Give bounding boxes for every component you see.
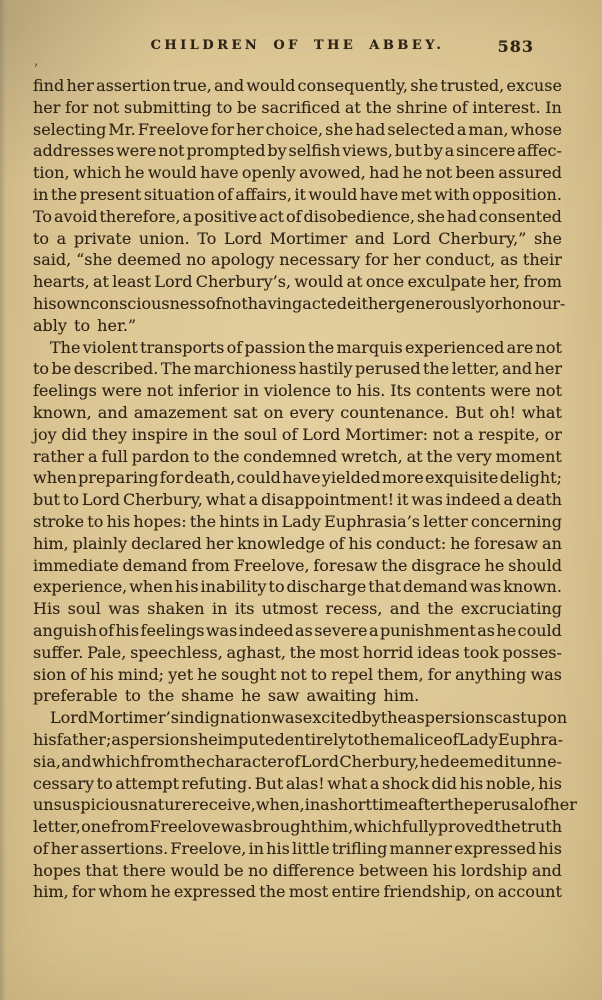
word: his — [433, 861, 457, 880]
word: for — [65, 98, 88, 117]
word: he — [450, 534, 470, 553]
word: in — [305, 795, 320, 814]
word: perusal — [473, 795, 534, 814]
text-line: immediatedemandfromFreelove,foresawthedi… — [33, 556, 562, 578]
word: avowed, — [299, 163, 366, 182]
text-line: sia,andwhichfromthecharacterofLordCherbu… — [33, 752, 562, 774]
word: hopes — [33, 861, 81, 880]
word: Cherbury, — [123, 490, 203, 509]
word: tion, — [33, 163, 70, 182]
word: in — [212, 599, 227, 618]
word: assertion — [96, 76, 171, 95]
word: but — [395, 141, 422, 160]
word: of — [33, 839, 49, 858]
word: no — [186, 250, 206, 269]
word: demand — [123, 556, 188, 575]
word: Mortimer: — [345, 425, 428, 444]
word: Lord — [50, 708, 88, 727]
word: Lord — [82, 490, 120, 509]
word: either — [347, 294, 395, 313]
word: whose — [511, 120, 562, 139]
word: truth — [521, 817, 562, 836]
word: by — [424, 141, 443, 160]
word: not — [93, 98, 119, 117]
word: after — [408, 795, 447, 814]
text-line: herfornotsubmittingtobesacrificedatthesh… — [33, 98, 562, 120]
word: was — [531, 665, 562, 684]
paragraph: Theviolenttransportsofpassionthemarquise… — [33, 338, 562, 709]
word: in — [244, 381, 259, 400]
word: death, — [184, 468, 235, 487]
word: they — [92, 425, 127, 444]
text-line: preferable to the shame he saw awaiting … — [33, 686, 562, 708]
word: Lady — [281, 512, 320, 531]
word: yielded — [322, 468, 381, 487]
word: most — [320, 643, 359, 662]
word: could — [237, 468, 281, 487]
word: of — [98, 621, 114, 640]
word: would — [294, 272, 343, 291]
word: marchioness — [194, 359, 297, 378]
word: delight; — [500, 468, 562, 487]
text-line: toaprivateunion.ToLordMortimerandLordChe… — [33, 229, 562, 251]
word: the — [51, 185, 77, 204]
word: that — [368, 577, 401, 596]
word: fully — [402, 817, 438, 836]
word: rather — [33, 447, 84, 466]
text-line: ably to her.” — [33, 316, 562, 338]
word: aspersions — [407, 708, 494, 727]
word: on — [474, 882, 494, 901]
word: joy — [33, 425, 57, 444]
word: his — [538, 839, 562, 858]
word: a — [369, 621, 379, 640]
word: there — [123, 861, 166, 880]
word: preparing — [78, 468, 158, 487]
word: perused — [355, 359, 421, 378]
word: were — [116, 141, 156, 160]
page-header: CHILDREN OF THE ABBEY. 583 — [33, 0, 562, 60]
text-line: him,plainlydeclaredherknowledgeofhiscond… — [33, 534, 562, 556]
word: inability — [201, 577, 267, 596]
word: of — [217, 185, 233, 204]
word: concerning — [471, 512, 562, 531]
word: Freelove, — [170, 839, 246, 858]
word: her, — [489, 272, 520, 291]
word: would — [148, 163, 197, 182]
word: for — [365, 250, 388, 269]
word: have — [282, 468, 320, 487]
word: expressed — [454, 839, 536, 858]
word: on — [264, 403, 284, 422]
word: no — [248, 861, 268, 880]
word: recess, — [325, 599, 382, 618]
word: openly — [242, 163, 296, 182]
word: violence — [264, 381, 331, 400]
word: deemed — [117, 250, 181, 269]
text-line: hisownconsciousnessofnothavingactedeithe… — [33, 294, 562, 316]
text-line: tobedescribed.Themarchionesshastilyperus… — [33, 359, 562, 381]
word: between — [359, 861, 428, 880]
book-page-scan: CHILDREN OF THE ABBEY. 583 ’ findherasse… — [0, 0, 602, 1000]
word: her — [66, 76, 93, 95]
word: exculpate — [408, 272, 487, 291]
text-line: hearts,atleastLordCherbury’s,wouldatonce… — [33, 272, 562, 294]
word: him, — [317, 817, 353, 836]
word: hastily — [299, 359, 353, 378]
word: a — [504, 490, 514, 509]
text-line: LordMortimer’sindignationwasexcitedbythe… — [33, 708, 562, 730]
word: not — [536, 338, 562, 357]
word: upon — [527, 708, 567, 727]
word: he — [151, 882, 171, 901]
word: contents — [416, 381, 486, 400]
word: to — [269, 577, 285, 596]
word: most — [289, 882, 328, 901]
word: countenance. — [340, 403, 449, 422]
word: discharge — [287, 577, 367, 596]
page-body: findherassertiontrue,andwouldconsequentl… — [33, 76, 562, 904]
word: when, — [256, 795, 305, 814]
word: knowledge — [237, 534, 325, 553]
word: he — [496, 621, 516, 640]
word: nature — [138, 795, 192, 814]
word: a — [457, 120, 467, 139]
word: shock — [382, 774, 429, 793]
word: from — [191, 556, 229, 575]
word: was — [108, 599, 139, 618]
word: assertions. — [80, 839, 168, 858]
word: would — [170, 861, 219, 880]
word: whom — [99, 882, 148, 901]
word: But — [255, 774, 284, 793]
word: Mr. — [108, 120, 135, 139]
word: shrine — [396, 98, 447, 117]
word: he — [420, 752, 440, 771]
word: anything — [455, 665, 526, 684]
word: at — [407, 447, 423, 466]
word: mind; — [118, 665, 164, 684]
word: met — [401, 185, 432, 204]
word: to — [193, 447, 209, 466]
word: refuting. — [182, 774, 253, 793]
text-line: addresseswerenotpromptedbyselfishviews,b… — [33, 141, 562, 163]
word: foresaw — [313, 556, 377, 575]
word: of — [285, 752, 301, 771]
word: the — [259, 882, 285, 901]
text-line: selectingMr.Freeloveforherchoice,shehads… — [33, 120, 562, 142]
word: which — [92, 752, 140, 771]
word: least — [112, 272, 151, 291]
word: the — [290, 643, 316, 662]
word: and — [390, 599, 420, 618]
word: Lord — [224, 229, 262, 248]
word: at — [345, 98, 361, 117]
word: him, — [33, 534, 69, 553]
word: by — [361, 708, 380, 727]
word: and — [355, 229, 385, 248]
word: to — [87, 512, 103, 531]
word: disappointment! — [261, 490, 394, 509]
word: friendship, — [383, 882, 471, 901]
word: “she — [76, 250, 112, 269]
word: or — [545, 425, 562, 444]
word: necessary — [279, 250, 360, 269]
word: to — [63, 490, 79, 509]
word: man, — [468, 120, 508, 139]
word: described. — [74, 359, 159, 378]
word: to — [311, 665, 327, 684]
word: letter, — [452, 359, 500, 378]
text-line: ratherafullpardontothecondemnedwretch,at… — [33, 447, 562, 469]
word: generously — [395, 294, 484, 313]
word: excruciating — [461, 599, 562, 618]
text-line: feelingswerenotinferiorinviolencetohis.I… — [33, 381, 562, 403]
word: was — [221, 817, 252, 836]
word: aghast, — [227, 643, 286, 662]
word: a — [57, 229, 67, 248]
word: affairs, — [235, 185, 292, 204]
word: Freelove — [138, 120, 209, 139]
word: that — [85, 861, 118, 880]
word: the — [423, 359, 449, 378]
word: wretch, — [341, 447, 403, 466]
word: once — [366, 272, 404, 291]
word: for — [428, 665, 451, 684]
word: was — [411, 490, 442, 509]
word: horrid — [363, 643, 414, 662]
word: known, — [33, 403, 92, 422]
word: immediate — [33, 556, 119, 575]
text-line: hisfather;aspersionsheimputedentirelytot… — [33, 730, 562, 752]
word: private — [74, 229, 131, 248]
word: he — [485, 556, 505, 575]
word: Euphra- — [498, 730, 563, 749]
word: a — [88, 447, 98, 466]
word: soul — [244, 425, 277, 444]
word: of — [452, 98, 468, 117]
word: from — [111, 817, 149, 836]
text-line: stroketohishopes:thehintsinLadyEuphrasia… — [33, 512, 562, 534]
word: he — [198, 730, 218, 749]
word: opposition. — [472, 185, 562, 204]
word: little — [292, 839, 330, 858]
word: The — [161, 359, 191, 378]
word: the — [308, 338, 334, 357]
word: short — [330, 795, 372, 814]
word: and — [214, 76, 244, 95]
word: would — [308, 185, 357, 204]
word: situation — [144, 185, 215, 204]
word: would — [246, 76, 295, 95]
word: a — [249, 490, 259, 509]
word: to — [347, 730, 363, 749]
word: The — [50, 338, 80, 357]
text-line: inthepresentsituationofaffairs,itwouldha… — [33, 185, 562, 207]
word: plainly — [73, 534, 127, 553]
word: their — [523, 250, 562, 269]
word: submitting — [124, 98, 212, 117]
word: apology — [211, 250, 274, 269]
word: indignation — [179, 708, 271, 727]
word: she — [417, 207, 445, 226]
word: his — [90, 665, 114, 684]
word: at — [93, 272, 109, 291]
word: consequently, — [298, 76, 408, 95]
word: be — [237, 98, 257, 117]
word: what — [522, 403, 562, 422]
word: Lord — [302, 425, 340, 444]
word: interest. — [472, 98, 540, 117]
word: present — [80, 185, 142, 204]
word: malice — [390, 730, 443, 749]
word: pardon — [132, 447, 190, 466]
word: it — [294, 185, 306, 204]
word: and — [502, 359, 532, 378]
word: Lord — [393, 229, 431, 248]
word: oh! — [490, 403, 516, 422]
word: which — [73, 163, 121, 182]
word: feelings — [33, 381, 97, 400]
word: her — [206, 534, 233, 553]
word: had — [369, 163, 399, 182]
word: selfish — [288, 141, 340, 160]
word: sacrificed — [261, 98, 340, 117]
word: posses- — [503, 643, 562, 662]
word: a — [182, 207, 192, 226]
word: his — [538, 774, 562, 793]
word: letter, — [33, 817, 81, 836]
text-line: joydidtheyinspireinthesoulofLordMortimer… — [33, 425, 562, 447]
word: she — [410, 76, 438, 95]
word: his — [175, 577, 199, 596]
word: character — [206, 752, 285, 771]
word: His — [33, 599, 60, 618]
word: and — [532, 861, 562, 880]
word: therefore, — [99, 207, 180, 226]
word: aspersions — [111, 730, 198, 749]
word: for — [160, 468, 183, 487]
word: the — [179, 752, 205, 771]
word: a — [370, 774, 380, 793]
word: from — [523, 272, 561, 291]
word: not — [426, 163, 452, 182]
text-line: him,forwhomheexpressedthemostentirefrien… — [33, 882, 562, 904]
word: of — [282, 425, 298, 444]
word: addresses — [33, 141, 114, 160]
word: was — [271, 708, 302, 727]
word: manner — [390, 839, 452, 858]
word: transports — [140, 338, 224, 357]
word: not — [147, 381, 173, 400]
paragraph: findherassertiontrue,andwouldconsequentl… — [33, 76, 562, 338]
word: father; — [57, 730, 112, 749]
ink-speck: ’ — [34, 62, 38, 77]
word: her — [393, 250, 420, 269]
word: consented — [479, 207, 562, 226]
word: his — [33, 294, 57, 313]
word: amazement — [134, 403, 228, 422]
word: in — [249, 839, 264, 858]
word: of — [443, 730, 459, 749]
word: positive — [194, 207, 257, 226]
word: exquisite — [425, 468, 498, 487]
word: affec- — [517, 141, 562, 160]
word: by — [267, 141, 286, 160]
text-line: buttoLordCherbury,whatadisappointment!it… — [33, 490, 562, 512]
word: the — [381, 556, 407, 575]
text-line: hopesthattherewouldbenodifferencebetween… — [33, 861, 562, 883]
word: be — [224, 861, 244, 880]
word: hints — [219, 512, 259, 531]
word: had — [355, 120, 385, 139]
word: anguish — [33, 621, 97, 640]
word: choice, — [266, 120, 324, 139]
text-line: letter,onefromFreelovewasbroughthim,whic… — [33, 817, 562, 839]
word: Freelove, — [234, 556, 310, 575]
word: trusted, — [440, 76, 504, 95]
word: and — [61, 752, 91, 771]
word: sia, — [33, 752, 61, 771]
word: a — [464, 425, 474, 444]
text-line: findherassertiontrue,andwouldconsequentl… — [33, 76, 562, 98]
word: brought — [252, 817, 317, 836]
word: to — [33, 229, 49, 248]
word: have — [200, 163, 238, 182]
word: not — [280, 665, 306, 684]
word: his — [460, 774, 484, 793]
word: at — [347, 272, 363, 291]
word: honour- — [502, 294, 565, 313]
word: to — [336, 381, 352, 400]
word: Lord — [301, 752, 339, 771]
word: his. — [357, 381, 386, 400]
word: unne- — [516, 752, 562, 771]
word: To — [197, 229, 216, 248]
word: it — [504, 752, 516, 771]
word: But — [455, 403, 484, 422]
word: account — [498, 882, 562, 901]
word: the — [494, 817, 520, 836]
word: shaken — [147, 599, 205, 618]
word: had — [447, 207, 477, 226]
word: full — [101, 447, 127, 466]
word: Lord — [154, 272, 192, 291]
word: more — [382, 468, 424, 487]
word: not — [158, 141, 184, 160]
word: Cherbury,” — [438, 229, 526, 248]
word: death — [516, 490, 562, 509]
word: respite, — [478, 425, 540, 444]
word: were — [491, 381, 531, 400]
word: to — [33, 359, 49, 378]
word: known. — [503, 577, 562, 596]
word: his — [348, 534, 372, 553]
word: every — [290, 403, 335, 422]
word: alas! — [286, 774, 325, 793]
word: lordship — [461, 861, 528, 880]
word: indeed — [239, 621, 294, 640]
word: acted — [302, 294, 347, 313]
word: yet — [168, 665, 193, 684]
word: experience, — [33, 577, 127, 596]
word: moment — [496, 447, 562, 466]
word: union. — [139, 229, 190, 248]
word: Lady — [459, 730, 498, 749]
text-line: unsuspiciousnaturereceive,when,inashortt… — [33, 795, 562, 817]
word: selecting — [33, 120, 106, 139]
word: what — [206, 490, 246, 509]
